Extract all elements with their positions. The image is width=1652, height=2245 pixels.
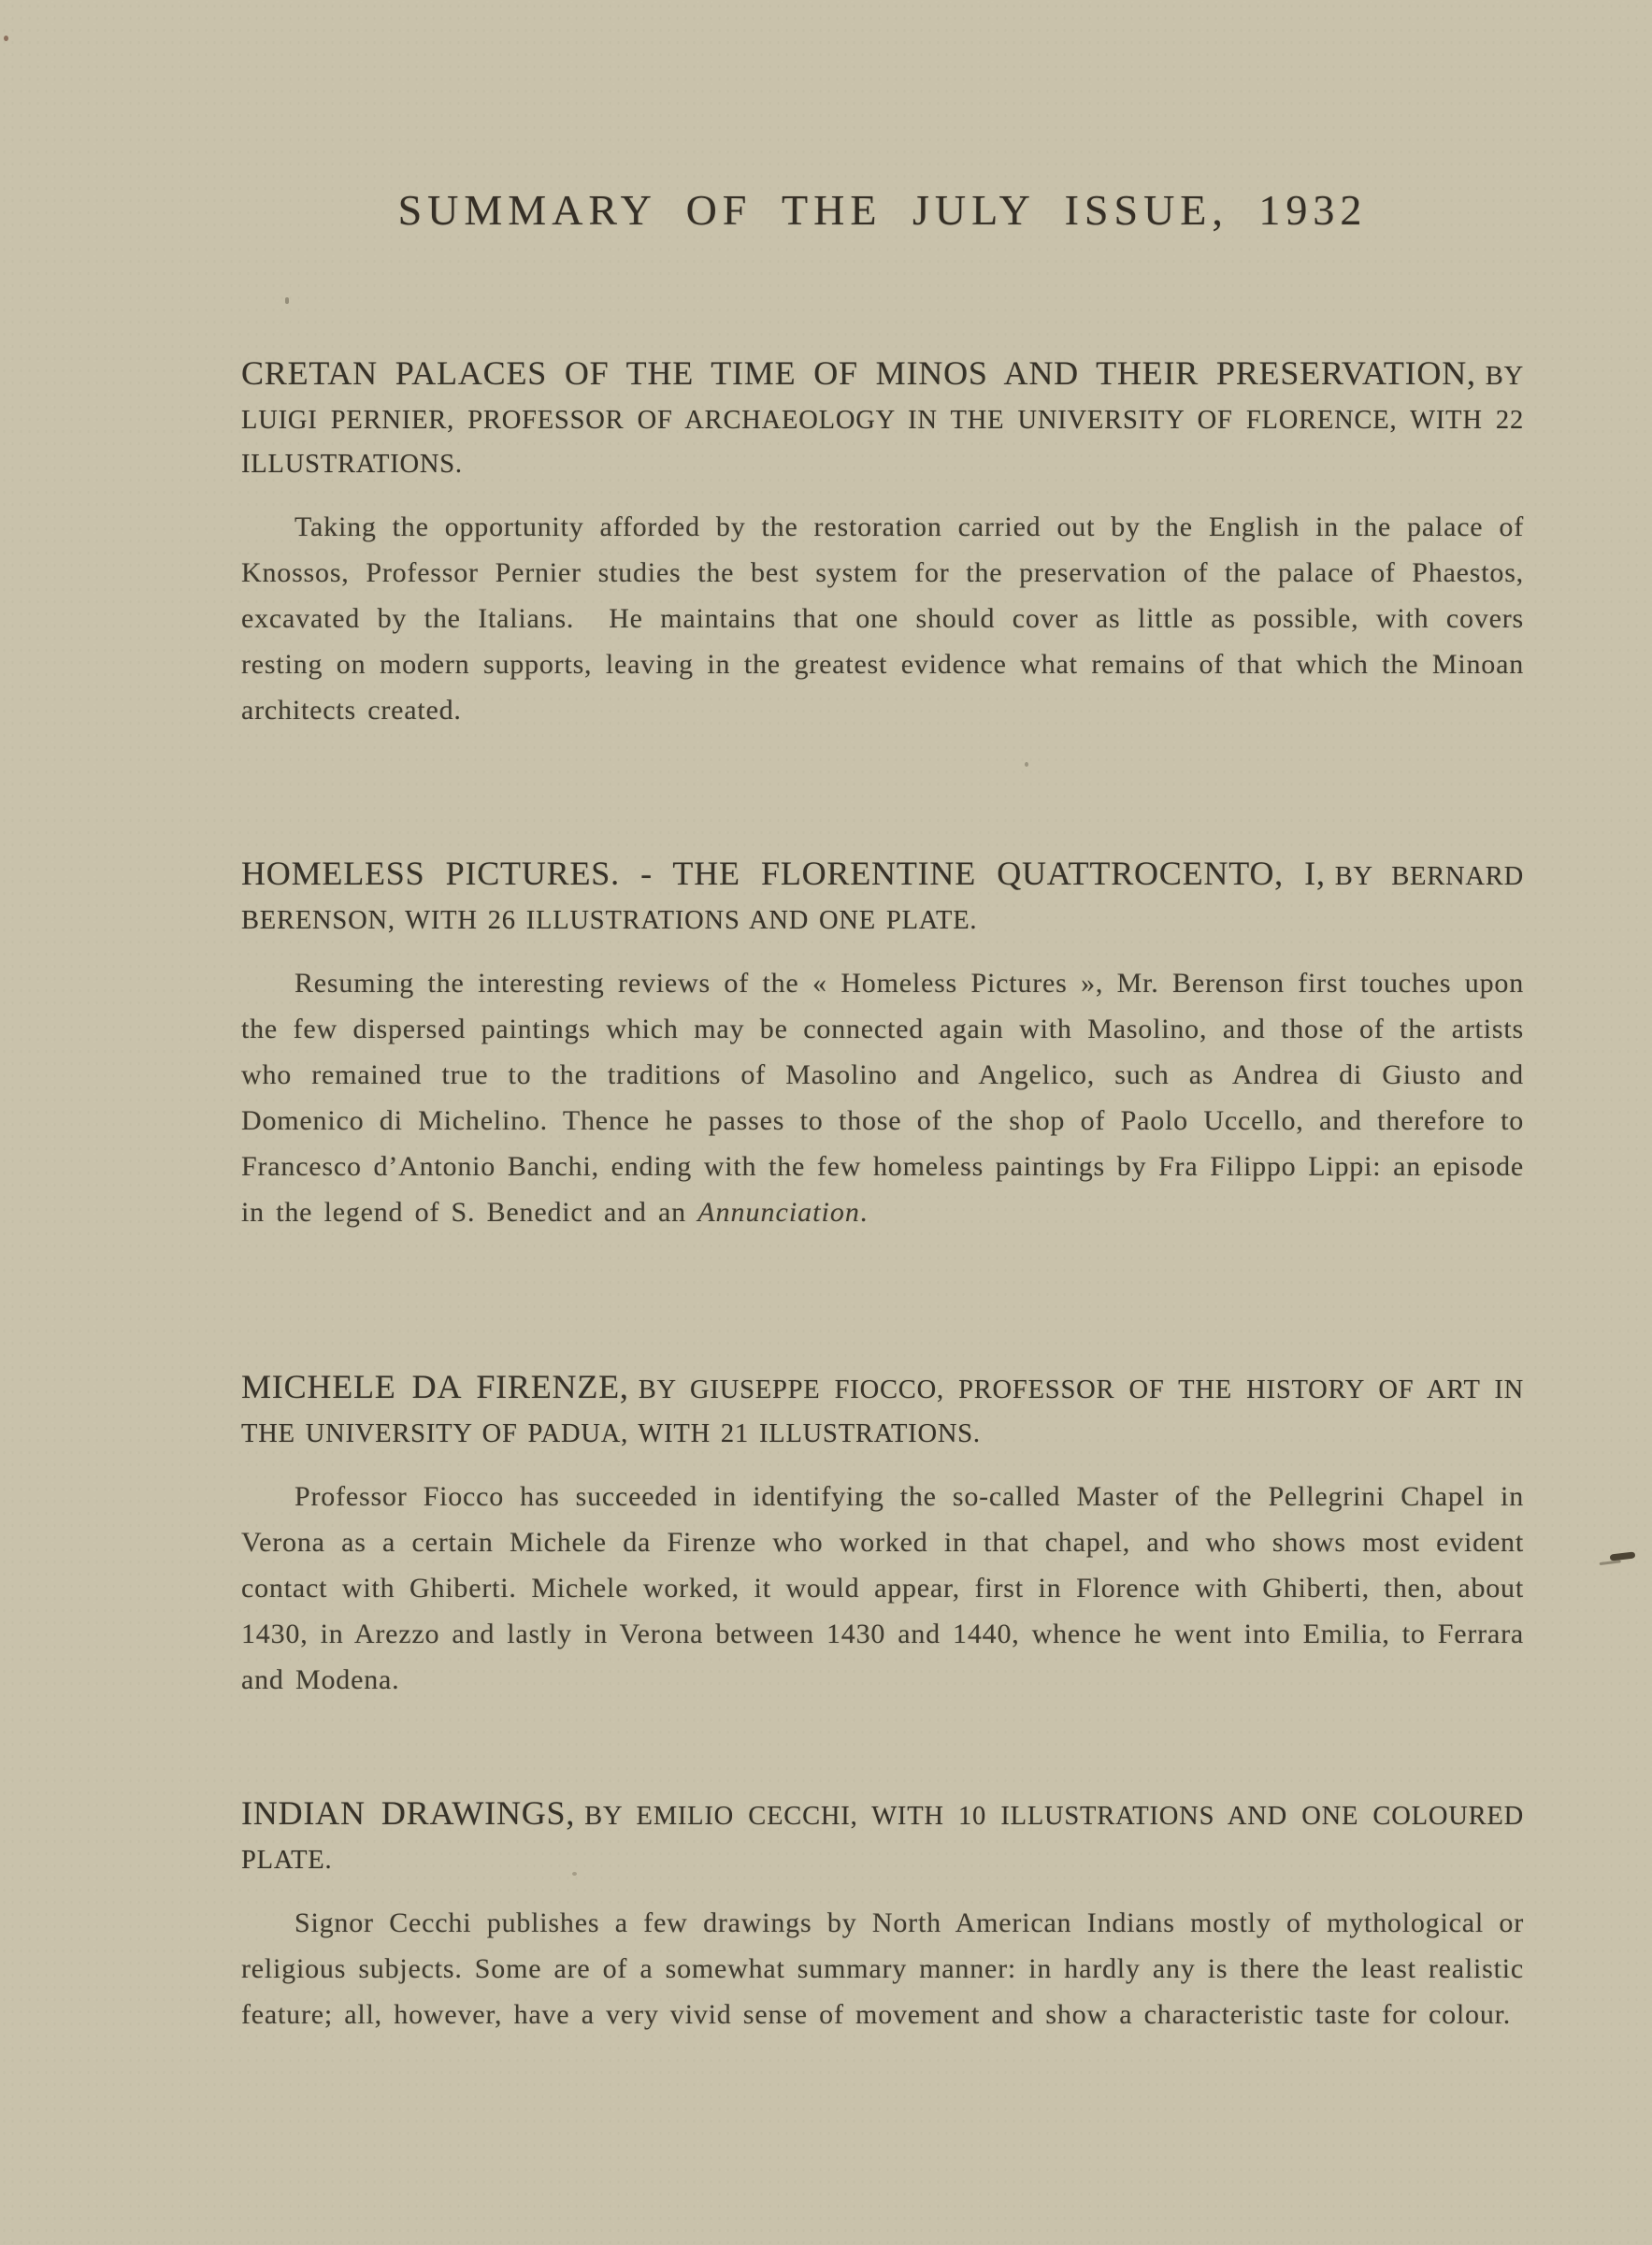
article-heading: INDIAN DRAWINGS,BY EMILIO CECCHI, WITH 1… bbox=[241, 1792, 1524, 1883]
article-summary: Professor Fiocco has succeeded in identi… bbox=[241, 1457, 1524, 1703]
article-section-cretan-palaces: CRETAN PALACES OF THE TIME OF MINOS AND … bbox=[241, 353, 1524, 733]
page-title: SUMMARY OF THE JULY ISSUE, 1932 bbox=[241, 0, 1524, 235]
article-heading-main: INDIAN DRAWINGS, bbox=[241, 1794, 575, 1832]
article-heading: HOMELESS PICTURES. - THE FLORENTINE QUAT… bbox=[241, 853, 1524, 943]
article-section-michele-da-firenze: MICHELE DA FIRENZE,BY GIUSEPPE FIOCCO, P… bbox=[241, 1366, 1524, 1703]
scanned-page: SUMMARY OF THE JULY ISSUE, 1932 CRETAN P… bbox=[0, 0, 1652, 2245]
article-summary: Resuming the interesting reviews of the … bbox=[241, 943, 1524, 1235]
summary-text: Resuming the interesting reviews of the … bbox=[241, 968, 1524, 1228]
article-heading-main: HOMELESS PICTURES. - THE FLORENTINE QUAT… bbox=[241, 855, 1326, 892]
article-summary: Taking the opportunity afforded by the r… bbox=[241, 487, 1524, 733]
article-heading-main: CRETAN PALACES OF THE TIME OF MINOS AND … bbox=[241, 354, 1476, 392]
page-content: SUMMARY OF THE JULY ISSUE, 1932 CRETAN P… bbox=[0, 0, 1652, 2037]
article-summary: Signor Cecchi publishes a few drawings b… bbox=[241, 1883, 1524, 2037]
summary-italic-term: Annunciation bbox=[697, 1197, 860, 1228]
summary-text-end: . bbox=[860, 1197, 868, 1228]
article-heading: CRETAN PALACES OF THE TIME OF MINOS AND … bbox=[241, 353, 1524, 487]
article-section-homeless-pictures: HOMELESS PICTURES. - THE FLORENTINE QUAT… bbox=[241, 853, 1524, 1235]
article-section-indian-drawings: INDIAN DRAWINGS,BY EMILIO CECCHI, WITH 1… bbox=[241, 1792, 1524, 2037]
article-heading-main: MICHELE DA FIRENZE, bbox=[241, 1368, 629, 1405]
article-heading: MICHELE DA FIRENZE,BY GIUSEPPE FIOCCO, P… bbox=[241, 1366, 1524, 1457]
